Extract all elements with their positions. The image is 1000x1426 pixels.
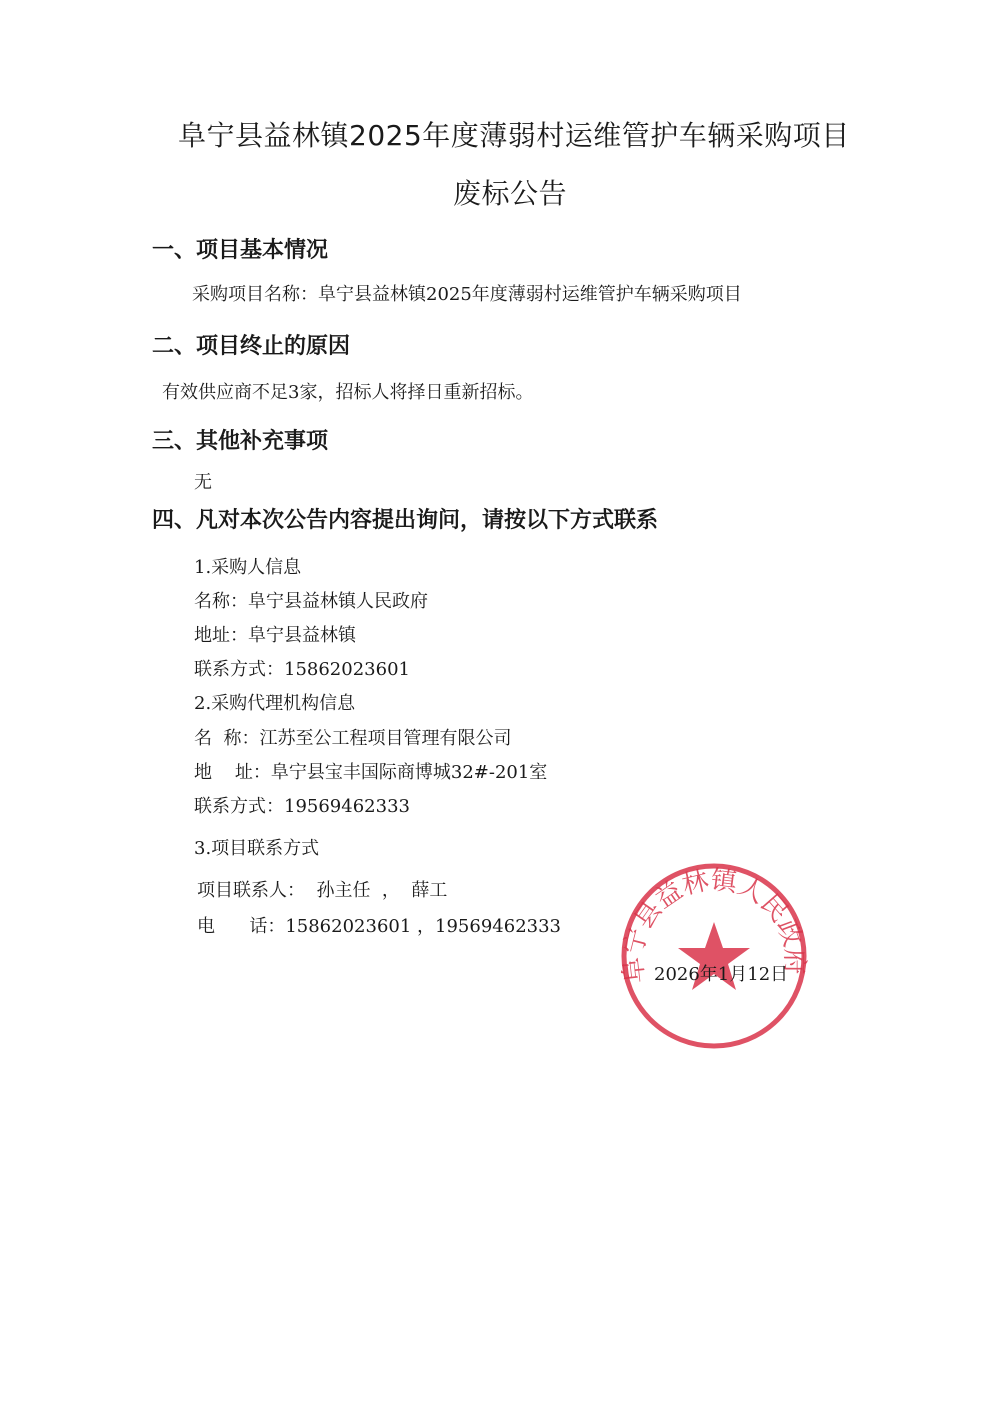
project-contact-label: 3.项目联系方式: [194, 834, 319, 860]
section-3-heading: 三、其他补充事项: [152, 424, 328, 455]
purchaser-label: 1.采购人信息: [194, 553, 301, 579]
title-line-1: 阜宁县益林镇2025年度薄弱村运维管护车辆采购项目: [178, 114, 850, 154]
project-contact-phones: 电 话：15862023601 ，19569462333: [197, 912, 561, 938]
purchaser-address: 地址：阜宁县益林镇: [194, 621, 356, 647]
agency-name: 名 称：江苏至公工程项目管理有限公司: [194, 724, 511, 750]
section-2-text: 有效供应商不足3家，招标人将择日重新招标。: [162, 378, 533, 404]
purchaser-name: 名称：阜宁县益林镇人民政府: [194, 587, 428, 613]
agency-address: 地 址：阜宁县宝丰国际商博城32#-201室: [194, 758, 547, 784]
section-1-heading: 一、项目基本情况: [152, 233, 328, 264]
section-1-text: 采购项目名称：阜宁县益林镇2025年度薄弱村运维管护车辆采购项目: [192, 280, 742, 306]
agency-label: 2.采购代理机构信息: [194, 689, 355, 715]
official-seal-icon: 阜宁县益林镇人民政府: [618, 860, 810, 1052]
project-contact-persons: 项目联系人： 孙主任 ， 薛工: [197, 876, 447, 902]
section-4-heading: 四、凡对本次公告内容提出询问，请按以下方式联系: [152, 503, 658, 534]
announcement-date: 2026年1月12日: [654, 960, 788, 986]
purchaser-phone: 联系方式：15862023601: [194, 655, 410, 681]
section-3-text: 无: [194, 468, 212, 494]
title-line-2: 废标公告: [453, 172, 567, 212]
section-2-heading: 二、项目终止的原因: [152, 329, 350, 360]
agency-phone: 联系方式：19569462333: [194, 792, 410, 818]
